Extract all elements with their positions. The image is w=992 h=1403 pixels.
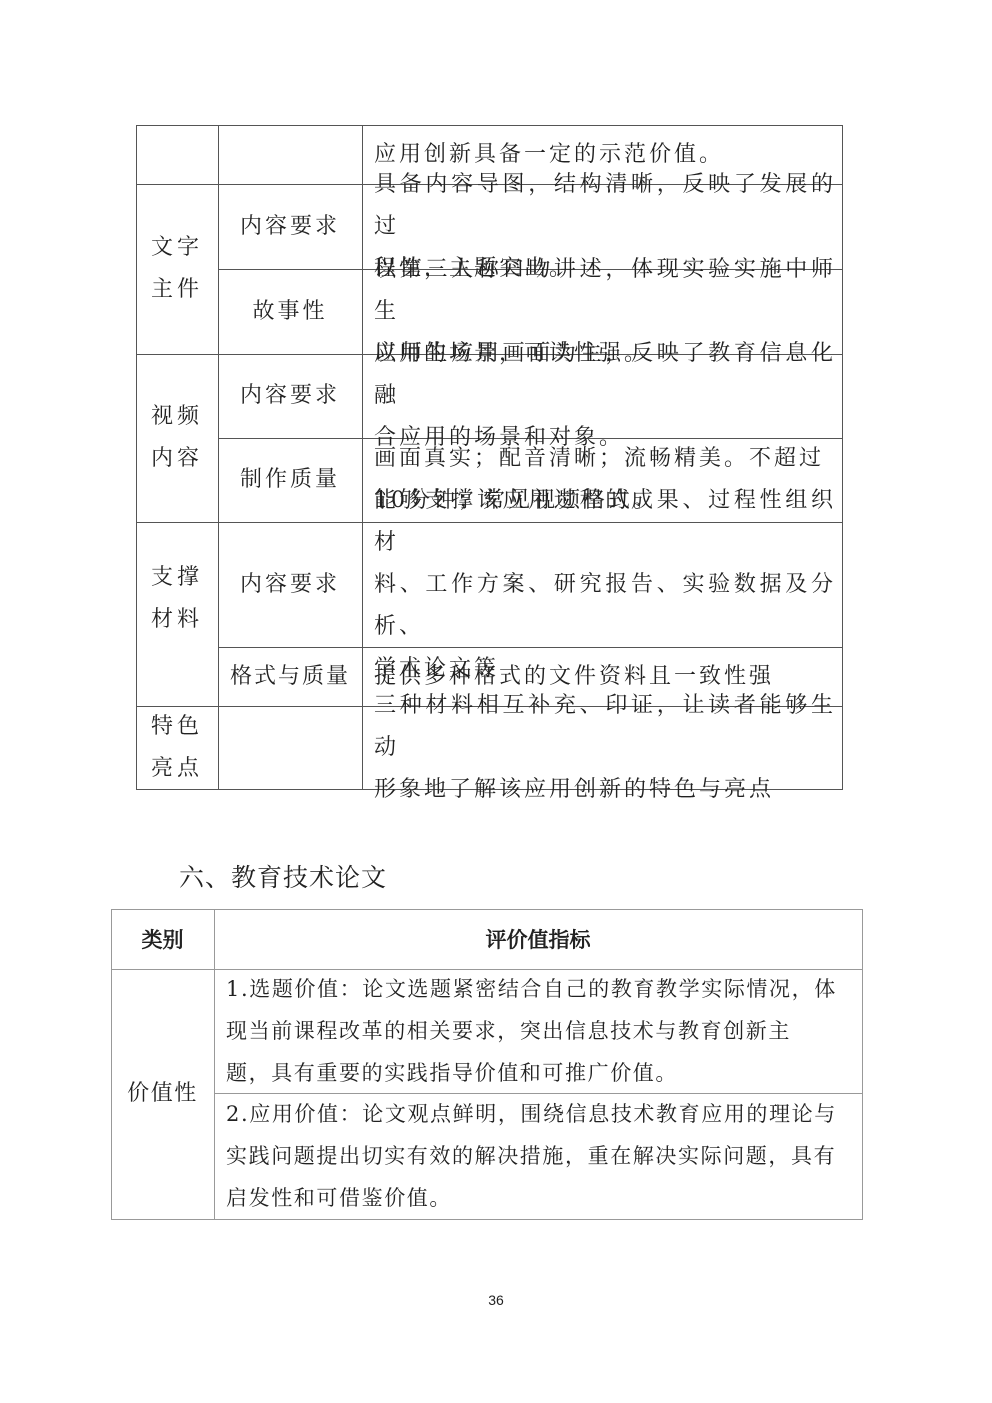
- subcategory-production-quality: 制作质量: [218, 438, 362, 522]
- header-indicator: 评价值指标: [214, 909, 862, 969]
- indicator-line: 1.选题价值：论文选题紧密结合自己的教育教学实际情况，体: [226, 968, 856, 1010]
- category-label-line: 材料: [151, 599, 203, 641]
- category-supporting-materials: 支撑 材料: [136, 522, 218, 706]
- header-category: 类别: [111, 909, 214, 969]
- cell-content-line: 能够支撑该应用过程的成果、过程性组织材: [374, 480, 836, 564]
- indicator-line: 实践问题提出切实有效的解决措施，重在解决实际问题，具有: [226, 1135, 856, 1177]
- category-label-line: 特色: [151, 706, 203, 748]
- header-label: 类别: [142, 924, 184, 954]
- subcategory-label: 制作质量: [240, 459, 340, 501]
- category-text-main: 文字 主件: [136, 184, 218, 354]
- indicator-line: 题，具有重要的实践指导价值和可推广价值。: [226, 1052, 856, 1094]
- cell-content-line: 料、工作方案、研究报告、实验数据及分析、: [374, 564, 836, 648]
- subcategory-label: 内容要求: [240, 375, 340, 417]
- cell-content-line: 以第三人称口吻讲述，体现实验实施中师生: [374, 249, 836, 333]
- indicator-item-topic-value: 1.选题价值：论文选题紧密结合自己的教育教学实际情况，体 现当前课程改革的相关要…: [214, 969, 862, 1093]
- subcategory-storytelling: 故事性: [218, 269, 362, 354]
- table-row: 三种材料相互补充、印证，让读者能够生动 形象地了解该应用创新的特色与亮点: [362, 706, 842, 789]
- category-label-line: 主件: [151, 269, 203, 311]
- header-label: 评价值指标: [486, 924, 591, 954]
- category-label-line: 亮点: [151, 748, 203, 790]
- subcategory-content-requirement: 内容要求: [218, 184, 362, 269]
- cell-content-line: 以师生应用画面为主，反映了教育信息化融: [374, 333, 836, 417]
- category-video-content: 视频 内容: [136, 354, 218, 522]
- indicator-line: 现当前课程改革的相关要求，突出信息技术与教育创新主: [226, 1010, 856, 1052]
- subcategory-content-requirement: 内容要求: [218, 354, 362, 438]
- subcategory-label: 格式与质量: [230, 656, 350, 698]
- category-label: 价值性: [127, 1073, 198, 1115]
- table-row: 能够支撑该应用过程的成果、过程性组织材 料、工作方案、研究报告、实验数据及分析、…: [362, 522, 842, 647]
- category-label-line: 内容: [151, 438, 203, 480]
- category-label-line: 视频: [151, 396, 203, 438]
- indicator-line: 2.应用价值：论文观点鲜明，围绕信息技术教育应用的理论与: [226, 1093, 856, 1135]
- category-highlights: 特色 亮点: [136, 706, 218, 789]
- cell-content-line: 画面真实；配音清晰；流畅精美。不超过: [374, 438, 836, 480]
- category-label-line: 支撑: [151, 557, 203, 599]
- section-title: 六、教育技术论文: [179, 858, 387, 894]
- subcategory-format-quality: 格式与质量: [218, 647, 362, 706]
- table-row: 以师生应用画面为主，反映了教育信息化融 合应用的场景和对象。: [362, 354, 842, 438]
- subcategory-label: 内容要求: [240, 206, 340, 248]
- indicator-line: 启发性和可借鉴价值。: [226, 1177, 856, 1219]
- subcategory-content-requirement: 内容要求: [218, 522, 362, 647]
- cell-content-line: 具备内容导图，结构清晰，反映了发展的过: [374, 164, 836, 248]
- indicator-item-application-value: 2.应用价值：论文观点鲜明，围绕信息技术教育应用的理论与 实践问题提出切实有效的…: [214, 1093, 862, 1219]
- page-number: 36: [0, 1292, 992, 1308]
- subcategory-label: 内容要求: [240, 564, 340, 606]
- category-label-line: 文字: [151, 227, 203, 269]
- cell-content-line: 三种材料相互补充、印证，让读者能够生动: [374, 685, 836, 769]
- category-value: 价值性: [111, 969, 214, 1219]
- subcategory-label: 故事性: [252, 291, 327, 333]
- cell-content-line: 形象地了解该应用创新的特色与亮点: [374, 769, 836, 811]
